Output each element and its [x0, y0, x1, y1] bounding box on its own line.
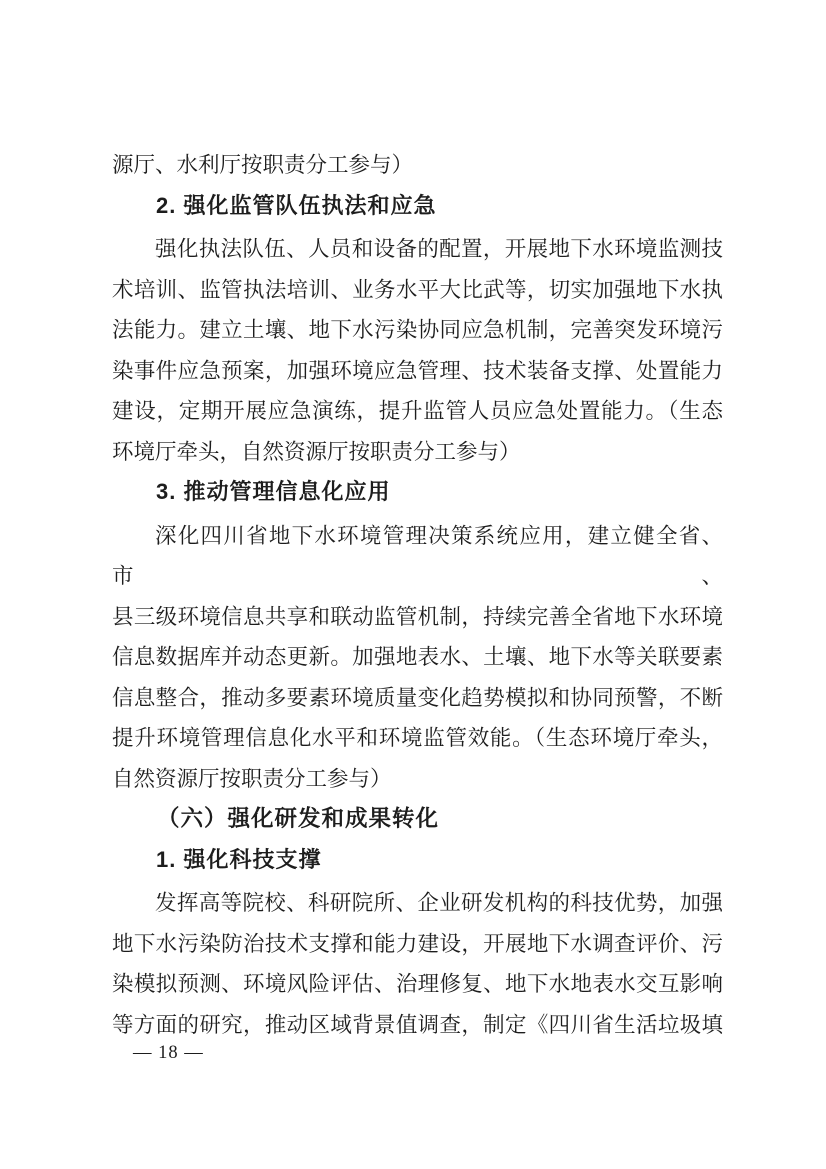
text-line: 信息数据库并动态更新。加强地表水、土壤、地下水等关联要素 [112, 637, 723, 678]
numbered-heading: 3. 推动管理信息化应用 [112, 472, 723, 513]
text-line: 术培训、监管执法培训、业务水平大比武等，切实加强地下水执 [112, 270, 723, 311]
numbered-heading: 1. 强化科技支撑 [112, 840, 723, 881]
numbered-heading: 2. 强化监管队伍执法和应急 [112, 186, 723, 227]
section-heading: （六）强化研发和成果转化 [112, 799, 723, 840]
text-line: 提升环境管理信息化水平和环境监管效能。（生态环境厅牵头， [112, 718, 723, 759]
text-line: 源厅、水利厅按职责分工参与） [112, 145, 723, 186]
document-body: 源厅、水利厅按职责分工参与） 2. 强化监管队伍执法和应急 强化执法队伍、人员和… [112, 145, 723, 1045]
text-line: 等方面的研究，推动区域背景值调查，制定《四川省生活垃圾填 [112, 1005, 723, 1046]
text-line: 自然资源厅按职责分工参与） [112, 759, 723, 800]
text-line: 染事件应急预案，加强环境应急管理、技术装备支撑、处置能力 [112, 351, 723, 392]
text-line: 法能力。建立土壤、地下水污染协同应急机制，完善突发环境污 [112, 310, 723, 351]
text-line: 环境厅牵头，自然资源厅按职责分工参与） [112, 432, 723, 473]
document-page: 源厅、水利厅按职责分工参与） 2. 强化监管队伍执法和应急 强化执法队伍、人员和… [0, 0, 826, 1169]
text-line: 建设，定期开展应急演练，提升监管人员应急处置能力。（生态 [112, 391, 723, 432]
paragraph: 强化执法队伍、人员和设备的配置，开展地下水环境监测技 术培训、监管执法培训、业务… [112, 229, 723, 472]
text-line: 地下水污染防治技术支撑和能力建设，开展地下水调查评价、污 [112, 924, 723, 965]
page-number: — 18 — [133, 1040, 204, 1067]
text-line: 信息整合，推动多要素环境质量变化趋势模拟和协同预警，不断 [112, 678, 723, 719]
text-line: 染模拟预测、环境风险评估、治理修复、地下水地表水交互影响 [112, 964, 723, 1005]
text-line: 发挥高等院校、科研院所、企业研发机构的科技优势，加强 [112, 883, 723, 924]
text-line: 强化执法队伍、人员和设备的配置，开展地下水环境监测技 [112, 229, 723, 270]
paragraph: 发挥高等院校、科研院所、企业研发机构的科技优势，加强 地下水污染防治技术支撑和能… [112, 883, 723, 1045]
text-line: 县三级环境信息共享和联动监管机制，持续完善全省地下水环境 [112, 597, 723, 638]
text-line: 深化四川省地下水环境管理决策系统应用，建立健全省、市、 [112, 516, 723, 597]
paragraph: 深化四川省地下水环境管理决策系统应用，建立健全省、市、 县三级环境信息共享和联动… [112, 516, 723, 800]
